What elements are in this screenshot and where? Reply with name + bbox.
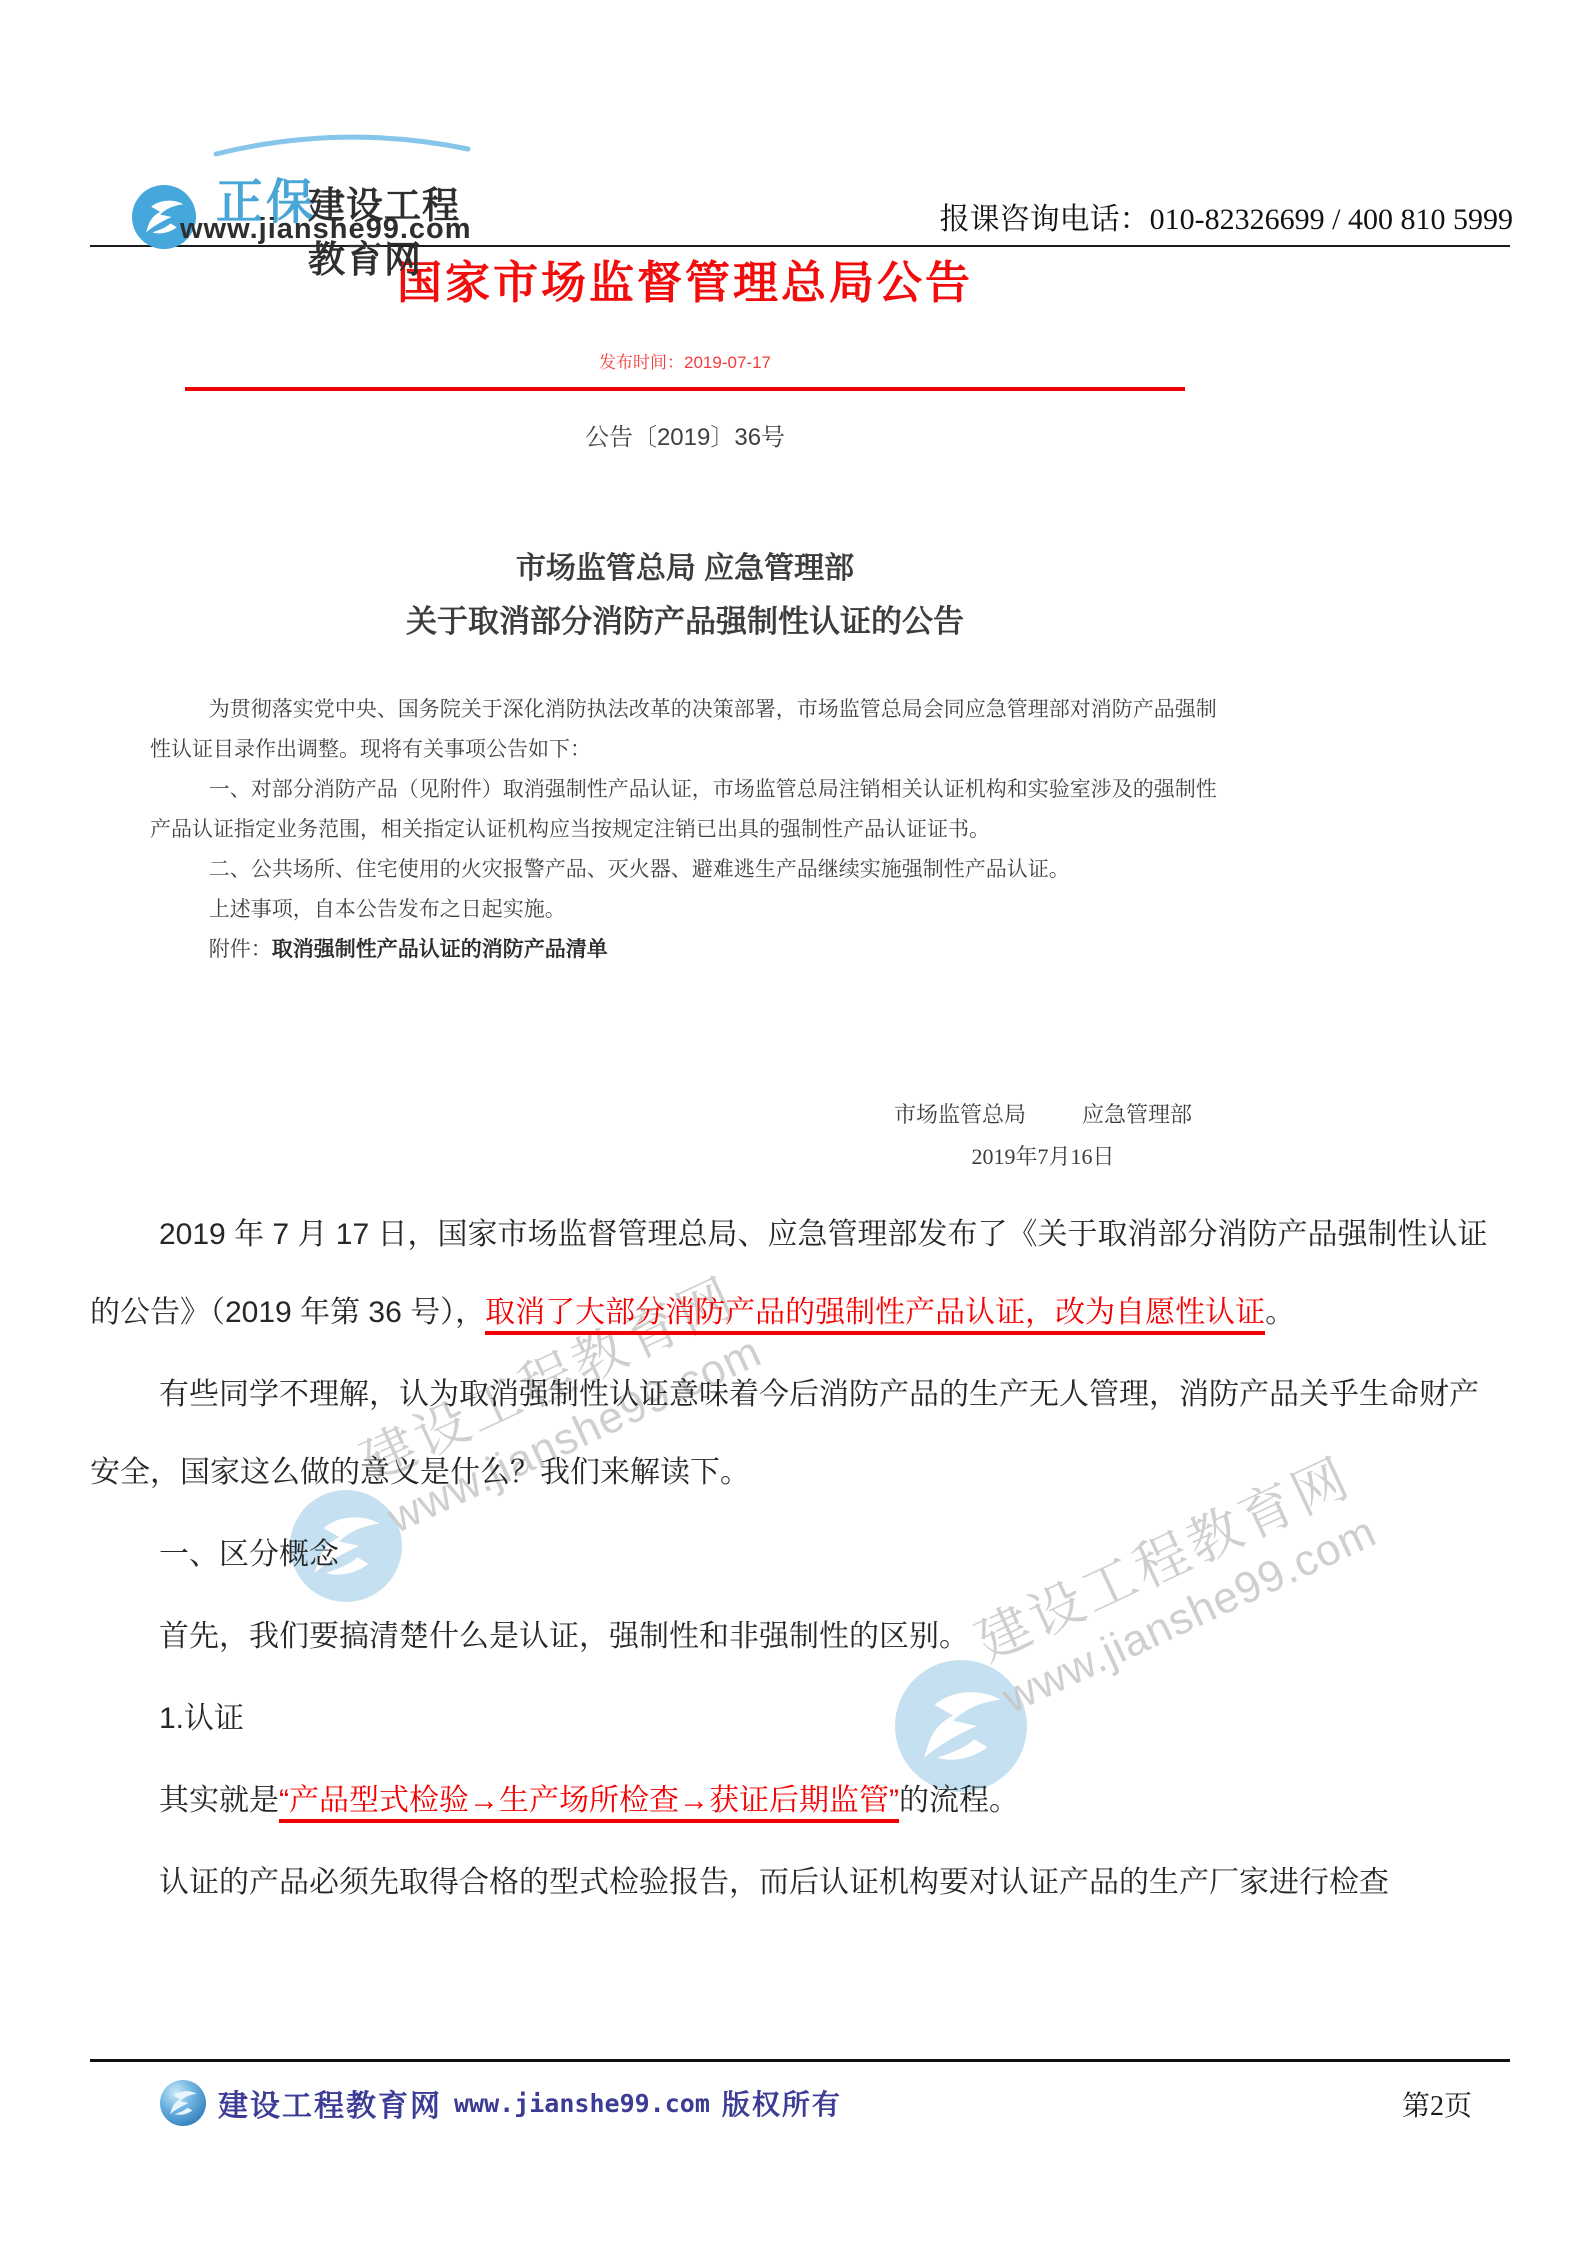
commentary-paragraph: 2019 年 7 月 17 日，国家市场监督管理总局、应急管理部发布了《关于取消… xyxy=(90,1196,1500,1352)
commentary-paragraph: 认证的产品必须先取得合格的型式检验报告，而后认证机构要对认证产品的生产厂家进行检… xyxy=(90,1844,1500,1922)
red-underline-highlight: “产品型式检验→生产场所检查→获证后期监管” xyxy=(279,1784,899,1823)
logo-arc-swoosh-icon xyxy=(212,133,472,157)
signature-org-2: 应急管理部 xyxy=(1082,1098,1192,1132)
page-number: 第2页 xyxy=(1402,2084,1472,2124)
footer-brand-block: 建设工程教育网 www.jianshe99.com 版权所有 xyxy=(160,2080,842,2126)
phone-label: 报课咨询电话： xyxy=(940,203,1150,236)
footer-url: www.jianshe99.com xyxy=(454,2089,710,2118)
commentary-heading: 一、区分概念 xyxy=(90,1516,1500,1594)
signature-org-1: 市场监管总局 xyxy=(894,1098,1026,1132)
commentary-paragraph: 有些同学不理解，认为取消强制性认证意味着今后消防产品的生产无人管理，消防产品关乎… xyxy=(90,1356,1500,1512)
signature-date: 2019年7月16日 xyxy=(894,1140,1192,1174)
signature-block: 市场监管总局 应急管理部 2019年7月16日 xyxy=(150,1098,1220,1174)
doc-heading-agencies: 市场监管总局 应急管理部 xyxy=(150,550,1220,588)
doc-paragraph: 二、公共场所、住宅使用的火灾报警产品、灭火器、避难逃生产品继续实施强制性产品认证… xyxy=(150,850,1220,890)
announcement-section: 国家市场监督管理总局公告 发布时间：2019-07-17 公告〔2019〕36号… xyxy=(150,254,1220,1174)
site-logo: 正保 建设工程教育网 www.jianshe99.com xyxy=(132,133,492,251)
commentary-heading: 1.认证 xyxy=(90,1680,1500,1758)
footer-brand-name: 建设工程教育网 xyxy=(218,2081,442,2125)
doc-paragraph: 上述事项，自本公告发布之日起实施。 xyxy=(150,890,1220,930)
commentary-paragraph: 首先，我们要搞清楚什么是认证，强制性和非强制性的区别。 xyxy=(90,1598,1500,1676)
commentary-paragraph: 其实就是“产品型式检验→生产场所检查→获证后期监管”的流程。 xyxy=(90,1762,1500,1840)
doc-paragraph: 一、对部分消防产品（见附件）取消强制性产品认证，市场监管总局注销相关认证机构和实… xyxy=(150,770,1220,850)
attachment-title: 取消强制性产品认证的消防产品清单 xyxy=(272,938,608,961)
red-divider xyxy=(185,387,1185,391)
commentary-section: 2019 年 7 月 17 日，国家市场监督管理总局、应急管理部发布了《关于取消… xyxy=(90,1196,1500,1926)
doc-number: 公告〔2019〕36号 xyxy=(150,417,1220,452)
footer-divider xyxy=(90,2059,1510,2062)
attachment-label: 附件： xyxy=(209,938,272,961)
doc-heading-subject: 关于取消部分消防产品强制性认证的公告 xyxy=(150,602,1220,642)
doc-body: 为贯彻落实党中央、国务院关于深化消防执法改革的决策部署，市场监管总局会同应急管理… xyxy=(150,690,1220,970)
doc-attachment-line: 附件：取消强制性产品认证的消防产品清单 xyxy=(150,930,1220,970)
brand-url: www.jianshe99.com xyxy=(180,213,472,246)
red-underline-highlight: 取消了大部分消防产品的强制性产品认证，改为自愿性认证 xyxy=(485,1296,1265,1335)
footer-logo-icon xyxy=(160,2080,206,2126)
document-page: 正保 建设工程教育网 www.jianshe99.com 报课咨询电话：010-… xyxy=(0,0,1587,2245)
footer-copyright: 版权所有 xyxy=(722,2083,842,2123)
doc-paragraph: 为贯彻落实党中央、国务院关于深化消防执法改革的决策部署，市场监管总局会同应急管理… xyxy=(150,690,1220,770)
phone-numbers: 010-82326699 / 400 810 5999 xyxy=(1150,203,1513,236)
consult-phone: 报课咨询电话：010-82326699 / 400 810 5999 xyxy=(940,194,1513,238)
publish-time: 发布时间：2019-07-17 xyxy=(150,348,1220,373)
